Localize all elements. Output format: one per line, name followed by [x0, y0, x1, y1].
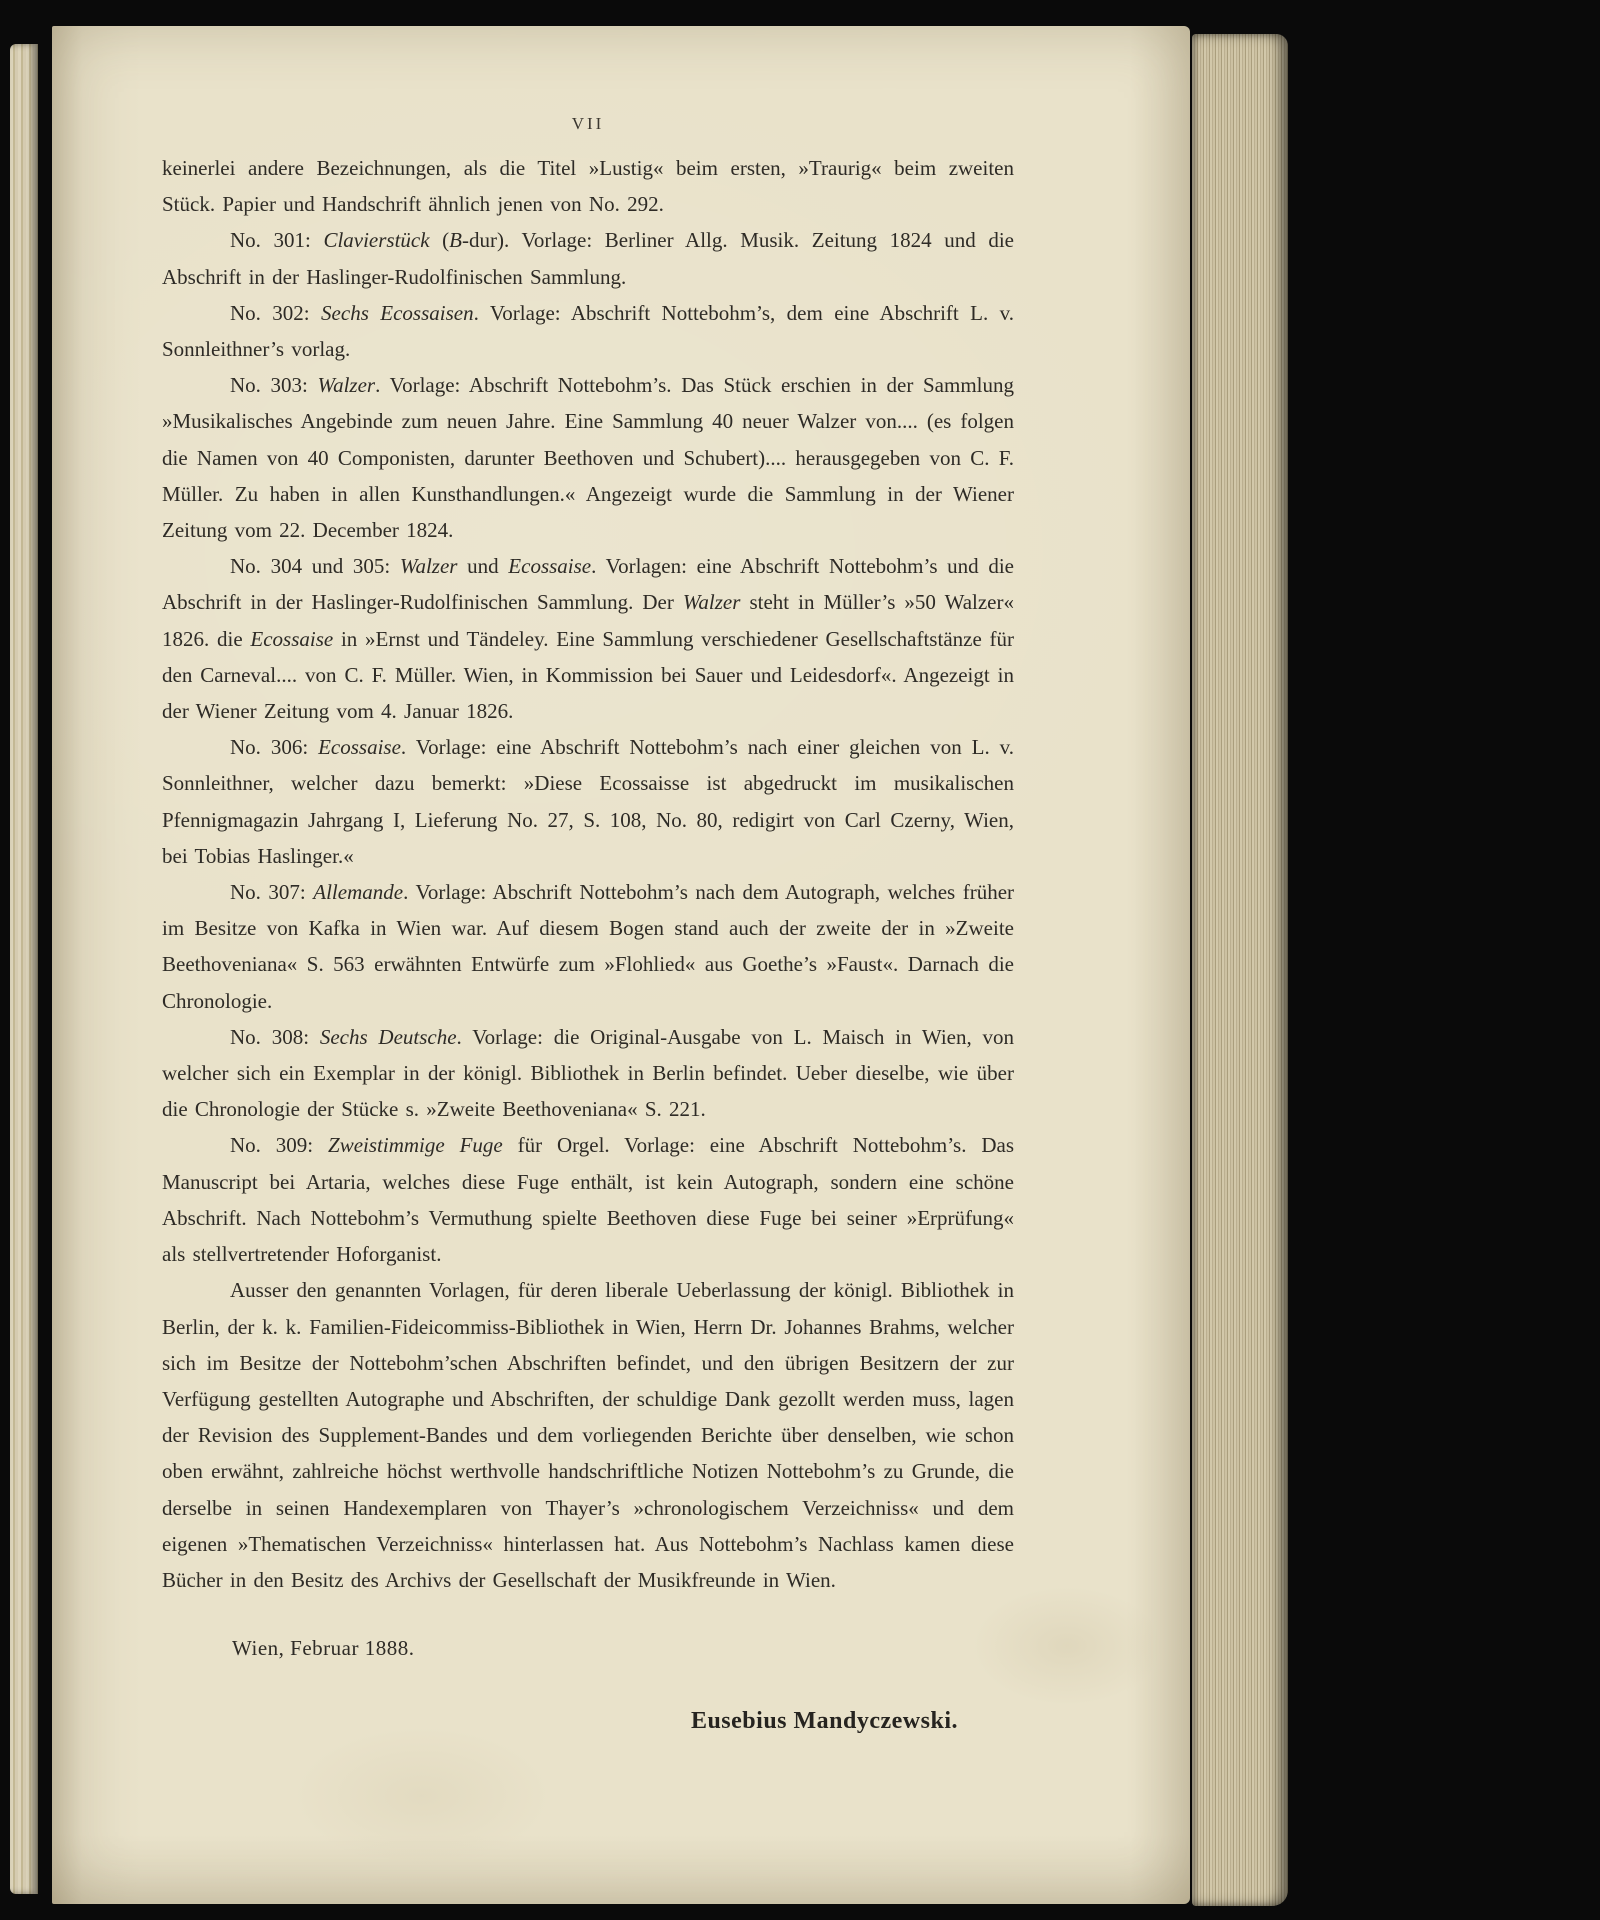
- signature: Eusebius Mandyczewski.: [162, 1708, 1014, 1735]
- paragraph-no-306: No. 306: Ecossaise. Vorlage: eine Abschr…: [162, 729, 1014, 874]
- paragraph-no-309: No. 309: Zweistimmige Fuge für Orgel. Vo…: [162, 1127, 1014, 1272]
- paragraph-no-308: No. 308: Sechs Deutsche. Vorlage: die Or…: [162, 1019, 1014, 1128]
- paragraph-no-304-305: No. 304 und 305: Walzer und Ecossaise. V…: [162, 548, 1014, 729]
- paragraph-no-307: No. 307: Allemande. Vorlage: Abschrift N…: [162, 874, 1014, 1019]
- paragraph-no-303: No. 303: Walzer. Vorlage: Abschrift Nott…: [162, 367, 1014, 548]
- paragraph-continuation: keinerlei andere Bezeichnungen, als die …: [162, 150, 1014, 222]
- page-number: VII: [162, 114, 1014, 134]
- book-scan-background: VII keinerlei andere Bezeichnungen, als …: [0, 0, 1600, 1920]
- paragraph-closing: Ausser den genannten Vorlagen, für deren…: [162, 1272, 1014, 1598]
- page-stack-edge: [1192, 34, 1288, 1906]
- book-page: VII keinerlei andere Bezeichnungen, als …: [52, 26, 1190, 1904]
- left-page-edge: [10, 44, 38, 1894]
- paragraph-no-302: No. 302: Sechs Ecossaisen. Vorlage: Absc…: [162, 295, 1014, 367]
- paper-stain: [292, 1726, 552, 1866]
- paragraph-no-301: No. 301: Clavierstück (B-dur). Vorlage: …: [162, 222, 1014, 294]
- body-text: keinerlei andere Bezeichnungen, als die …: [162, 150, 1014, 1735]
- paragraph-list: keinerlei andere Bezeichnungen, als die …: [162, 150, 1014, 1598]
- dateline: Wien, Februar 1888.: [162, 1630, 1014, 1666]
